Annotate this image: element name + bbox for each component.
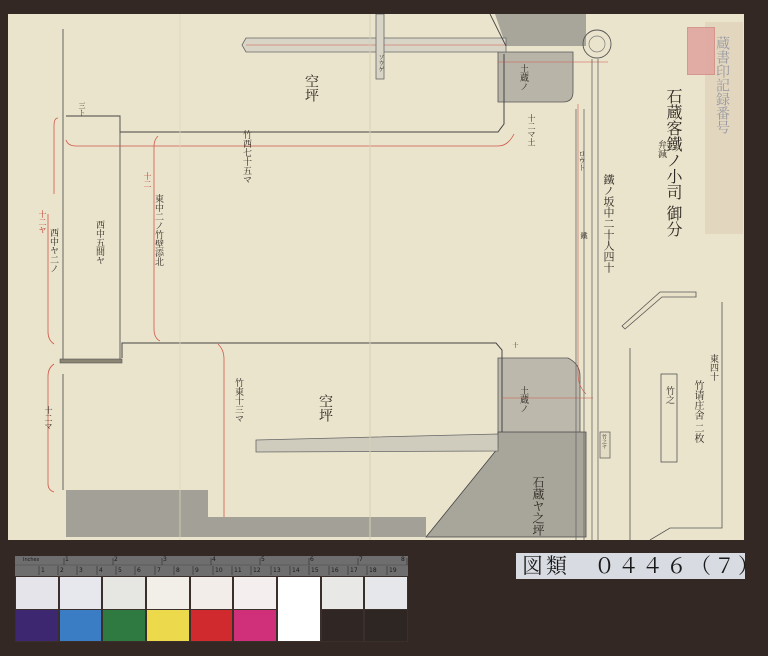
color-patch-top bbox=[191, 577, 233, 609]
measure-right-edge: 東四十 bbox=[708, 354, 717, 381]
measure-walkway: ソウゲ bbox=[377, 54, 383, 72]
map-title: 石蔵客鐵ノ小司 御分 bbox=[665, 88, 681, 237]
cm-tick: 2 bbox=[60, 567, 64, 574]
label-warehouse-note: 竹请庄舍 二枚 bbox=[692, 380, 702, 443]
red-note-2: 十二ヤ bbox=[38, 210, 46, 234]
cm-tick: 16 bbox=[331, 567, 339, 574]
cm-tick: 13 bbox=[273, 567, 281, 574]
scale-ruler: Inches 1 2 3 4 5 6 bbox=[15, 556, 408, 576]
cm-tick: 6 bbox=[137, 567, 141, 574]
measure-corridor-top: 十二マ土 bbox=[527, 114, 535, 146]
catalog-label: 図類 ０４４６（７） bbox=[516, 553, 745, 579]
red-seal-stamp bbox=[687, 27, 715, 75]
color-patch-bottom bbox=[322, 610, 364, 641]
color-patch-bottom bbox=[365, 610, 407, 641]
measure-upper-width: 竹西七十五マ bbox=[241, 130, 250, 184]
bottom-gray-band bbox=[66, 490, 426, 537]
label-lower-block: 空坪 bbox=[318, 394, 332, 422]
cm-tick: 12 bbox=[253, 567, 261, 574]
color-patch-top bbox=[278, 577, 320, 641]
small-box-label: 竹之ヤ bbox=[601, 434, 606, 449]
measure-east-length: 鐵ノ坂中二十人四十 bbox=[603, 174, 614, 273]
cm-tick: 15 bbox=[311, 567, 319, 574]
cm-tick: 8 bbox=[176, 567, 180, 574]
left-note-1: 西中五間ヤ bbox=[94, 220, 103, 265]
cm-tick: 9 bbox=[195, 567, 199, 574]
cm-tick: 5 bbox=[118, 567, 122, 574]
color-patch-top bbox=[234, 577, 276, 609]
earth-storehouse-top bbox=[498, 52, 573, 102]
color-patch-bottom bbox=[103, 610, 145, 641]
map-sheet: 蔵書印記録番号 石蔵客鐵ノ小司 御分 弁減 空坪 空坪 石蔵ヤ之坪 土蔵ノ 土蔵… bbox=[8, 14, 744, 540]
measure-narrow-lane: ロウト bbox=[578, 150, 585, 171]
label-stone-storehouse: 石蔵ヤ之坪 bbox=[532, 476, 544, 536]
archive-strip-text: 蔵書印記録番号 bbox=[715, 36, 729, 134]
inch-tick-1: 1 bbox=[65, 556, 69, 563]
color-patch-bottom bbox=[16, 610, 58, 641]
cm-tick: 19 bbox=[389, 567, 397, 574]
color-patch-top bbox=[60, 577, 102, 609]
measure-iron-mark: 鐵 bbox=[580, 232, 587, 239]
label-earth-storehouse-bottom: 土蔵ノ bbox=[518, 386, 527, 413]
inch-tick-7: 7 bbox=[359, 556, 363, 563]
inch-tick-6: 6 bbox=[310, 556, 314, 563]
cm-tick: 4 bbox=[99, 567, 103, 574]
cm-tick: 7 bbox=[157, 567, 161, 574]
cm-tick: 3 bbox=[79, 567, 83, 574]
color-calibration-target: Inches 1 2 3 4 5 6 bbox=[15, 556, 408, 642]
inch-tick-3: 3 bbox=[163, 556, 167, 563]
top-storehouse-fill bbox=[495, 14, 586, 46]
measure-gate-left: 三ト bbox=[78, 102, 85, 116]
label-earth-storehouse-top: 土蔵ノ bbox=[518, 64, 527, 91]
color-patch-bottom bbox=[234, 610, 276, 641]
cm-tick: 11 bbox=[234, 567, 242, 574]
cm-tick: 14 bbox=[292, 567, 300, 574]
red-note-1: 十二 bbox=[143, 172, 151, 188]
measure-lower-width: 竹東十三マ bbox=[233, 378, 242, 423]
color-patch-top bbox=[147, 577, 189, 609]
inch-tick-8: 8 bbox=[401, 556, 405, 563]
color-patch-top bbox=[103, 577, 145, 609]
color-patch-top bbox=[322, 577, 364, 609]
color-patch-top bbox=[365, 577, 407, 609]
inch-tick-4: 4 bbox=[212, 556, 216, 563]
cm-tick: 1 bbox=[41, 567, 45, 574]
inch-tick-2: 2 bbox=[114, 556, 118, 563]
color-patch-bottom bbox=[60, 610, 102, 641]
label-upper-block: 空坪 bbox=[304, 74, 318, 102]
cm-tick: 18 bbox=[369, 567, 377, 574]
stub-mark: 十 bbox=[511, 342, 517, 348]
inch-tick-5: 5 bbox=[261, 556, 265, 563]
cm-tick: 17 bbox=[350, 567, 358, 574]
cm-tick: 10 bbox=[215, 567, 223, 574]
left-note-2: 東中二ノ竹壁添北 bbox=[153, 194, 162, 266]
map-drawing bbox=[8, 14, 744, 540]
color-patch-bottom bbox=[147, 610, 189, 641]
earth-storehouse-bottom bbox=[498, 358, 580, 434]
color-patch-bottom bbox=[191, 610, 233, 641]
measure-left-depth: 十二マ bbox=[44, 406, 52, 430]
color-patch-top bbox=[16, 577, 58, 609]
title-annotation: 弁減 bbox=[656, 140, 665, 158]
label-shed: 竹之 bbox=[664, 386, 673, 404]
color-patches bbox=[15, 576, 408, 642]
left-note-3: 西中ヤ二ノ bbox=[48, 228, 57, 273]
